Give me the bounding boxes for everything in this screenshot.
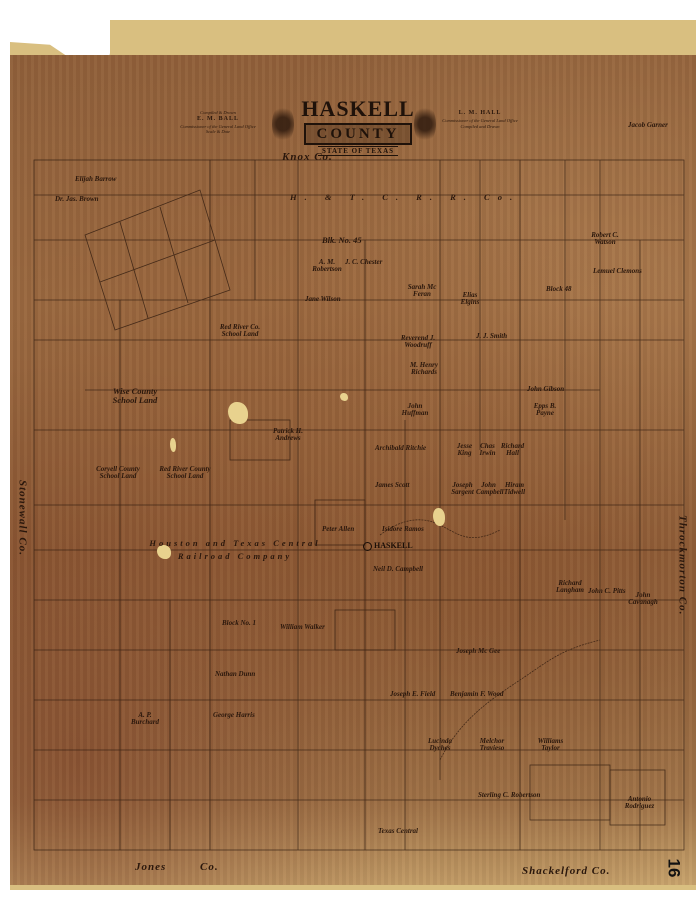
survey-label: Lucinda Dyches [425,738,455,753]
paper-loss-stain [228,402,248,424]
boundary-west: Stonewall Co. [16,480,28,556]
survey-label: Block 48 [546,286,571,293]
survey-label: John Gibson [527,386,564,393]
survey-label: Neil D. Campbell [373,566,423,573]
survey-label: A. P. Burchard [130,712,160,727]
credit-right: L. M. HALL Commissioner of the General L… [440,110,520,129]
survey-label: Hiram Tidwell [502,482,527,497]
paper-loss-stain [433,508,445,526]
paper-loss-stain [170,438,176,452]
map-title: HASKELL [278,96,438,122]
survey-label: Texas Central [378,828,418,835]
survey-label: James Scott [375,482,409,489]
map-subtitle: COUNTY [316,126,399,142]
survey-label: Richard Langham [555,580,585,595]
survey-label: Sterling C. Robertson [478,792,540,799]
survey-label: Elias Elgins [455,292,485,307]
survey-label: Nathan Dunn [215,671,255,678]
survey-label: Block No. 1 [222,620,256,627]
survey-label: John Huffman [400,403,430,418]
map-subtitle-box: COUNTY [304,123,411,145]
survey-label: Robert C. Watson [590,232,620,247]
survey-label: Patrick H. Andrews [268,428,308,443]
survey-label: Dr. Jas. Brown [55,196,99,203]
boundary-south-east: Shackelford Co. [522,866,610,878]
survey-label: Williams Taylor [533,738,568,753]
survey-label: John Campbell [476,482,501,497]
paper-loss-stain [340,393,348,401]
survey-label: Reverend J. Woodruff [393,335,443,350]
credit-left: Compiled & Drawn E. M. BALL Commissioner… [178,110,258,135]
survey-label: Red River County School Land [155,466,215,481]
survey-label: Jane Wilson [305,296,341,303]
survey-label: Epps B. Payne [530,403,560,418]
survey-label: Jacob Garner [628,122,668,129]
survey-label: Red River Co. School Land [215,324,265,339]
survey-label: George Harris [213,712,255,719]
survey-label: Elijah Barrow [75,176,116,183]
survey-label: Sarah Mc Feran [402,284,442,299]
survey-label: Blk. No. 45 [322,236,362,245]
survey-label: Melchor Travieso [472,738,512,753]
survey-label: Coryell County School Land [88,466,148,481]
survey-label: Benjamin F. Wood [450,691,504,698]
map-title-block: HASKELL COUNTY STATE OF TEXAS [278,96,438,156]
boundary-north: Knox Co. [282,152,333,164]
survey-label: Joseph Mc Gee [456,648,500,655]
survey-label: John Cavanagh [628,592,658,607]
survey-label: Houston and Texas Central Railroad Compa… [120,537,350,563]
boundary-east: Throckmorton Co. [676,515,688,615]
survey-label: William Walker [280,624,325,631]
survey-label: Lemuel Clemons [593,268,642,275]
survey-label: Richard Hall [500,443,525,458]
survey-label: J. C. Chester [345,259,382,266]
survey-label: Joseph E. Field [390,691,435,698]
survey-label: Joseph Sargent [450,482,475,497]
survey-label: Isidore Ramos [382,526,424,533]
survey-label: M. Henry Richards [404,362,444,377]
survey-label: Chas Irwin [475,443,500,458]
survey-label: H. & T. C. R. R. Co. [290,193,520,202]
survey-label: Wise County School Land [100,387,170,405]
survey-label: John C. Pitts [588,588,626,595]
survey-label: Antonio Rodriguez [622,796,657,811]
survey-label: Archibald Ritchie [375,445,426,452]
survey-label: J. J. Smith [476,333,507,340]
sheet-number: 16 [663,859,683,878]
survey-label: Jesse King [452,443,477,458]
boundary-south-west: Jones Co. [135,862,219,874]
survey-label: Peter Allen [322,526,354,533]
survey-label: A. M. Robertson [312,259,342,274]
town-haskell: HASKELL [363,541,413,551]
town-marker-icon [363,542,372,551]
